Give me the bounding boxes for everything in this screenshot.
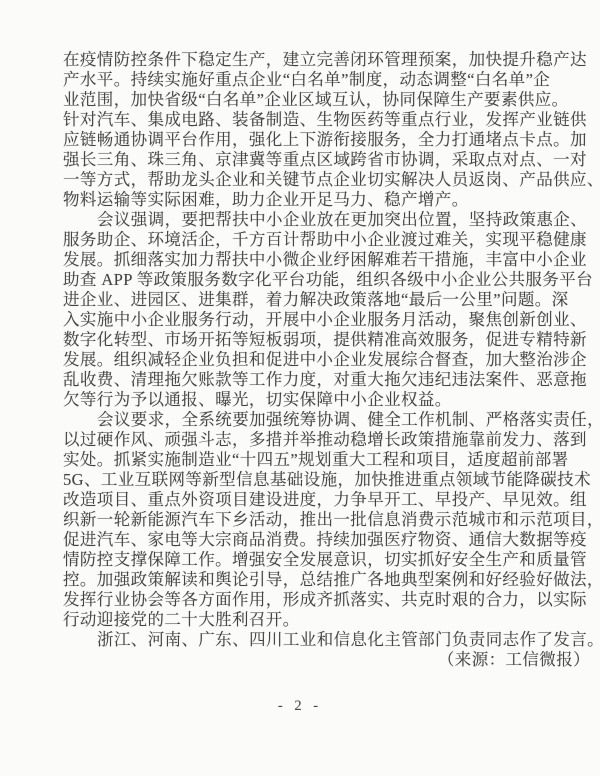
text-line: 会议强调，要把帮扶中小企业放在更加突出位置，坚持政策惠企、 bbox=[63, 210, 590, 230]
text-line: 情防控支撑保障工作。增强安全发展意识，切实抓好安全生产和质量管 bbox=[63, 550, 590, 570]
source-attribution: （来源：工信微报） bbox=[63, 650, 590, 670]
text-line: 促进汽车、家电等大宗商品消费。持续加强医疗物资、通信大数据等疫 bbox=[63, 530, 590, 550]
text-line: 进企业、进园区、进集群，着力解决政策落地“最后一公里”问题。深 bbox=[63, 290, 590, 310]
text-line: 服务助企、环境活企，千方百计帮助中小企业渡过难关，实现平稳健康 bbox=[63, 230, 590, 250]
page-number: - 2 - bbox=[0, 698, 600, 715]
text-line: 助查 APP 等政策服务数字化平台功能，组织各级中小企业公共服务平台 bbox=[63, 270, 590, 290]
text-line: 会议要求，全系统要加强统筹协调、健全工作机制、严格落实责任， bbox=[63, 410, 590, 430]
text-line: 业范围，加快省级“白名单”企业区域互认，协同保障生产要素供应。 bbox=[63, 90, 590, 110]
text-line: 乱收费、清理拖欠账款等工作力度，对重大拖欠违纪违法案件、恶意拖 bbox=[63, 370, 590, 390]
text-line: 产水平。持续实施好重点企业“白名单”制度，动态调整“白名单”企 bbox=[63, 70, 590, 90]
text-line: 应链畅通协调平台作用，强化上下游衔接服务，全力打通堵点卡点。加 bbox=[63, 130, 590, 150]
text-line: 行动迎接党的二十大胜利召开。 bbox=[63, 610, 590, 630]
text-line: 强长三角、珠三角、京津冀等重点区域跨省市协调，采取点对点、一对 bbox=[63, 150, 590, 170]
scanned-document-page: 在疫情防控条件下稳定生产，建立完善闭环管理预案，加快提升稳产达产水平。持续实施好… bbox=[0, 0, 600, 776]
text-line: 欠等行为予以通报、曝光，切实保障中小企业权益。 bbox=[63, 390, 590, 410]
text-line: 发展。组织减轻企业负担和促进中小企业发展综合督查，加大整治涉企 bbox=[63, 350, 590, 370]
text-line: 织新一轮新能源汽车下乡活动，推出一批信息消费示范城市和示范项目， bbox=[63, 510, 590, 530]
document-body: 在疫情防控条件下稳定生产，建立完善闭环管理预案，加快提升稳产达产水平。持续实施好… bbox=[63, 50, 590, 670]
text-line: 控。加强政策解读和舆论引导，总结推广各地典型案例和好经验好做法， bbox=[63, 570, 590, 590]
text-line: 物料运输等实际困难，助力企业开足马力、稳产增产。 bbox=[63, 190, 590, 210]
text-line: 入实施中小企业服务行动，开展中小企业服务月活动，聚焦创新创业、 bbox=[63, 310, 590, 330]
text-line: 5G、工业互联网等新型信息基础设施，加快推进重点领域节能降碳技术 bbox=[63, 470, 590, 490]
text-line: 一等方式，帮助龙头企业和关键节点企业切实解决人员返岗、产品供应、 bbox=[63, 170, 590, 190]
text-line: 针对汽车、集成电路、装备制造、生物医药等重点行业，发挥产业链供 bbox=[63, 110, 590, 130]
text-line: 发展。抓细落实加力帮扶中小微企业纾困解难若干措施，丰富中小企业 bbox=[63, 250, 590, 270]
text-line: 浙江、河南、广东、四川工业和信息化主管部门负责同志作了发言。 bbox=[63, 630, 590, 650]
text-line: 发挥行业协会等各方面作用，形成齐抓落实、共克时艰的合力，以实际 bbox=[63, 590, 590, 610]
text-line: 改造项目、重点外资项目建设进度，力争早开工、早投产、早见效。组 bbox=[63, 490, 590, 510]
text-line: 实处。抓紧实施制造业“十四五”规划重大工程和项目，适度超前部署 bbox=[63, 450, 590, 470]
text-line: 数字化转型、市场开拓等短板弱项，提供精准高效服务，促进专精特新 bbox=[63, 330, 590, 350]
text-line: 以过硬作风、顽强斗志，多措并举推动稳增长政策措施靠前发力、落到 bbox=[63, 430, 590, 450]
text-line: 在疫情防控条件下稳定生产，建立完善闭环管理预案，加快提升稳产达 bbox=[63, 50, 590, 70]
